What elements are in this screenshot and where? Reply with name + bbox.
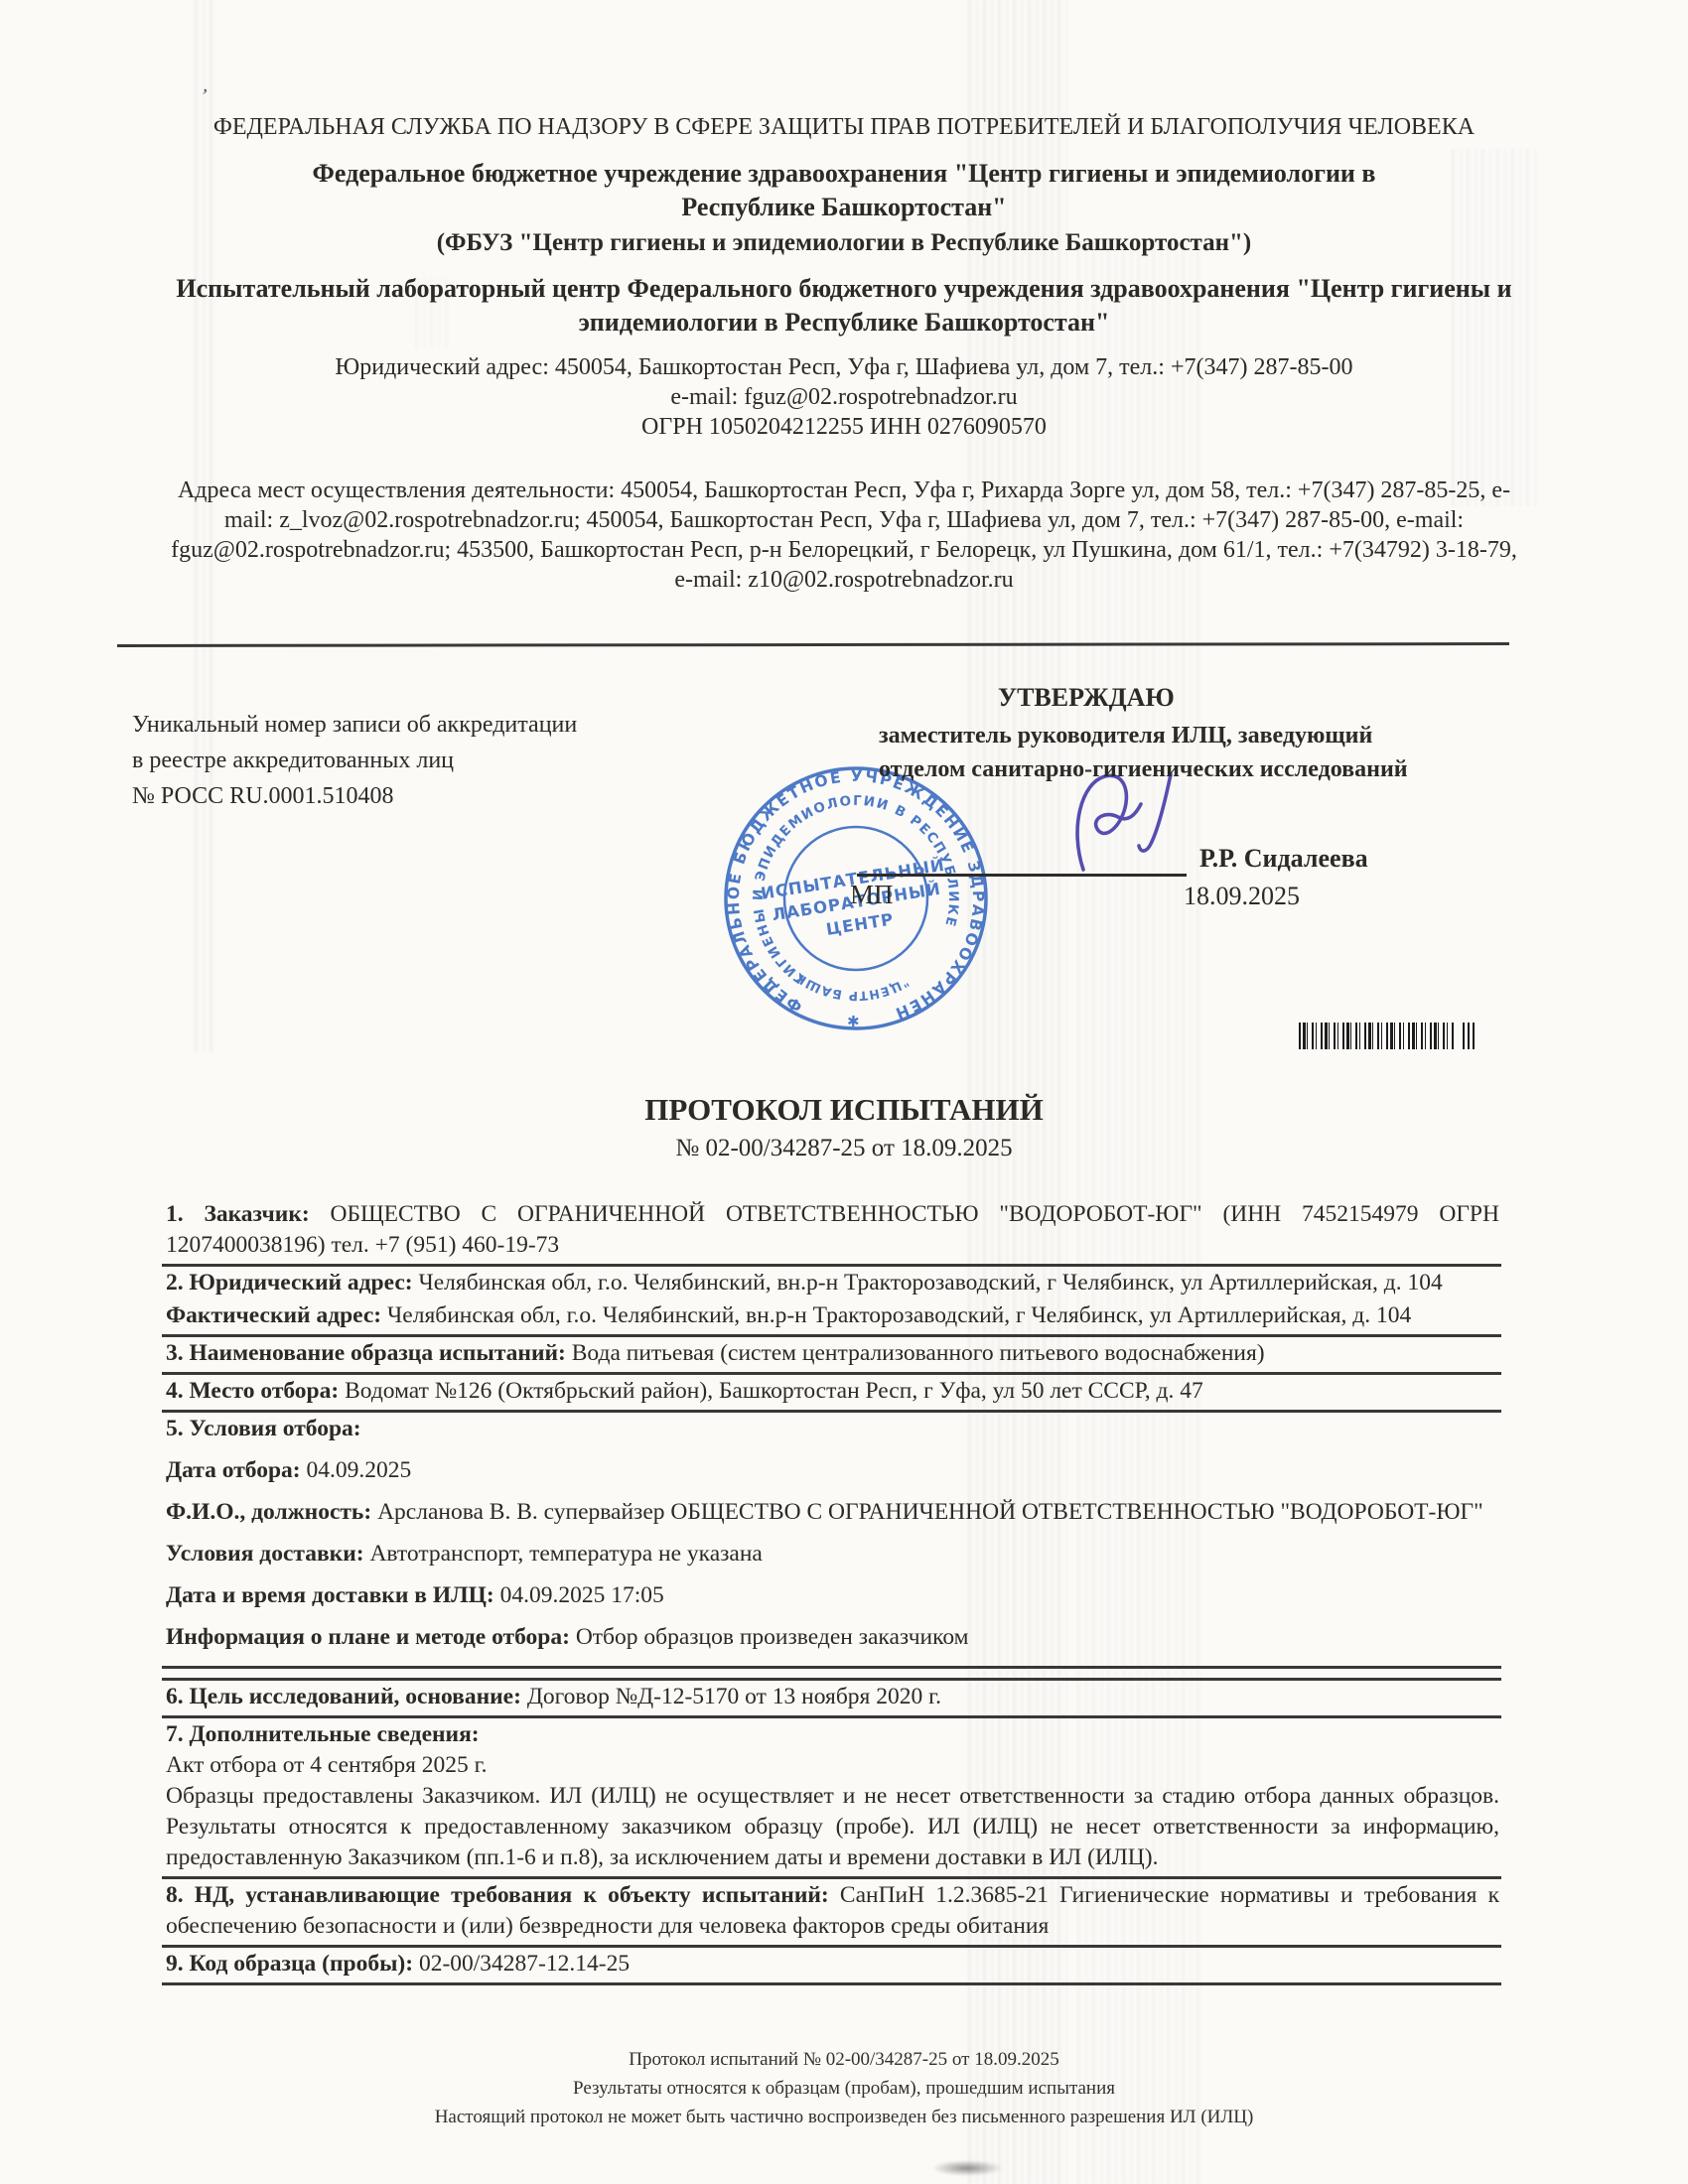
sampling-plan-line: Информация о плане и методе отбора: Отбо… <box>166 1622 1499 1653</box>
org-short-name: (ФБУЗ "Центр гигиены и эпидемиологии в Р… <box>169 226 1519 259</box>
sampling-act-line: Акт отбора от 4 сентября 2025 г. <box>166 1750 1499 1781</box>
footer-reproduction-note: Настоящий протокол не может быть частичн… <box>169 2103 1519 2131</box>
barcode <box>1299 1023 1455 1049</box>
page-footer: Протокол испытаний № 02-00/34287-25 от 1… <box>169 2045 1519 2131</box>
section-sample-name: 3. Наименование образца испытаний: Вода … <box>162 1337 1501 1375</box>
actual-address-line: Фактический адрес: Челябинская обл, г.о.… <box>166 1300 1499 1331</box>
section-sampling-conditions: 5. Условия отбора: Дата отбора: 04.09.20… <box>162 1413 1501 1669</box>
sampler-name-line: Ф.И.О., должность: Арсланова В. В. супер… <box>166 1497 1499 1528</box>
scan-smudge <box>931 2160 1003 2176</box>
signature-line <box>857 874 1187 877</box>
section-label: 8. НД, устанавливающие требования к объе… <box>166 1882 840 1908</box>
stamp-outer-bottom-mark: ✱ <box>847 1012 860 1029</box>
disclaimer-paragraph: Образцы предоставлены Заказчиком. ИЛ (ИЛ… <box>166 1781 1499 1873</box>
agency-title: ФЕДЕРАЛЬНАЯ СЛУЖБА ПО НАДЗОРУ В СФЕРЕ ЗА… <box>169 111 1519 143</box>
protocol-number: № 02-00/34287-25 от 18.09.2025 <box>169 1135 1519 1162</box>
section-value: Челябинская обл, г.о. Челябинский, вн.р-… <box>418 1270 1442 1296</box>
scan-tickmark: ’ <box>199 85 210 109</box>
ogrn-inn: ОГРН 1050204212255 ИНН 0276090570 <box>169 412 1519 442</box>
section-sampling-place: 4. Место отбора: Водомат №126 (Октябрьск… <box>162 1375 1501 1413</box>
scanned-protocol-page: ’ ФЕДЕРАЛЬНАЯ СЛУЖБА ПО НАДЗОРУ В СФЕРЕ … <box>0 0 1688 2184</box>
activity-addresses: Адреса мест осуществления деятельности: … <box>169 476 1519 595</box>
accreditation-number: № РОСС RU.0001.510408 <box>132 778 648 814</box>
header-divider <box>117 642 1509 647</box>
approval-block: УТВЕРЖДАЮ заместитель руководителя ИЛЦ, … <box>879 683 1475 786</box>
section-addresses: 2. Юридический адрес: Челябинская обл, г… <box>162 1267 1501 1337</box>
section-customer: 1. Заказчик: ОБЩЕСТВО С ОГРАНИЧЕННОЙ ОТВ… <box>162 1198 1501 1267</box>
section-value: Водомат №126 (Октябрьский район), Башкор… <box>345 1378 1203 1404</box>
section-sample-code: 9. Код образца (пробы): 02-00/34287-12.1… <box>162 1948 1501 1985</box>
section-label: Фактический адрес: <box>166 1302 387 1328</box>
accreditation-block: Уникальный номер записи об аккредитации … <box>132 707 648 814</box>
section-normative-docs: 8. НД, устанавливающие требования к объе… <box>162 1879 1501 1948</box>
approval-position-line: отделом санитарно-гигиенических исследов… <box>879 752 1475 786</box>
section-label: 7. Дополнительные сведения: <box>166 1719 1499 1750</box>
approval-title: УТВЕРЖДАЮ <box>998 683 1475 713</box>
protocol-title: ПРОТОКОЛ ИСПЫТАНИЙ <box>169 1092 1519 1128</box>
legal-address: Юридический адрес: 450054, Башкортостан … <box>169 352 1519 382</box>
protocol-sections: 1. Заказчик: ОБЩЕСТВО С ОГРАНИЧЕННОЙ ОТВ… <box>162 1198 1501 1985</box>
section-label: 6. Цель исследований, основание: <box>166 1684 527 1709</box>
svg-text:✱: ✱ <box>847 1012 860 1029</box>
stamp-place-label: МП <box>850 880 894 910</box>
barcode-tail <box>1463 1023 1478 1049</box>
section-label: 9. Код образца (пробы): <box>166 1951 419 1977</box>
letterhead: ФЕДЕРАЛЬНАЯ СЛУЖБА ПО НАДЗОРУ В СФЕРЕ ЗА… <box>169 111 1519 595</box>
section-label: 3. Наименование образца испытаний: <box>166 1340 572 1366</box>
section-value: Челябинская обл, г.о. Челябинский, вн.р-… <box>387 1302 1411 1328</box>
accreditation-line: Уникальный номер записи об аккредитации <box>132 707 648 743</box>
delivery-datetime-line: Дата и время доставки в ИЛЦ: 04.09.2025 … <box>166 1580 1499 1611</box>
org-email: e-mail: fguz@02.rospotrebnadzor.ru <box>169 382 1519 412</box>
approval-date: 18.09.2025 <box>1184 882 1300 911</box>
section-additional-info: 7. Дополнительные сведения: Акт отбора о… <box>162 1718 1501 1879</box>
section-value: 02-00/34287-12.14-25 <box>419 1951 630 1977</box>
section-value: Договор №Д-12-5170 от 13 ноября 2020 г. <box>527 1684 941 1709</box>
approval-position-line: заместитель руководителя ИЛЦ, заведующий <box>879 719 1475 752</box>
footer-protocol-ref: Протокол испытаний № 02-00/34287-25 от 1… <box>169 2045 1519 2074</box>
section-label: 2. Юридический адрес: <box>166 1270 418 1296</box>
section-value: ОБЩЕСТВО С ОГРАНИЧЕННОЙ ОТВЕТСТВЕННОСТЬЮ… <box>166 1201 1499 1258</box>
org-full-name: Федеральное бюджетное учреждение здравоо… <box>258 157 1430 224</box>
approver-name: Р.Р. Сидалеева <box>1199 844 1368 874</box>
delivery-conditions-line: Условия доставки: Автотранспорт, темпера… <box>166 1539 1499 1570</box>
accreditation-line: в реестре аккредитованных лиц <box>132 743 648 778</box>
sampling-date-line: Дата отбора: 04.09.2025 <box>166 1455 1499 1486</box>
section-purpose: 6. Цель исследований, основание: Договор… <box>162 1678 1501 1718</box>
section-label: 4. Место отбора: <box>166 1378 345 1404</box>
section-label: 5. Условия отбора: <box>166 1414 1499 1444</box>
section-label: 1. Заказчик: <box>166 1201 331 1227</box>
footer-results-note: Результаты относятся к образцам (пробам)… <box>169 2074 1519 2103</box>
section-value: Вода питьевая (систем централизованного … <box>572 1340 1265 1366</box>
ilc-name: Испытательный лабораторный центр Федерал… <box>169 272 1519 340</box>
legal-address-line: 2. Юридический адрес: Челябинская обл, г… <box>166 1268 1499 1298</box>
